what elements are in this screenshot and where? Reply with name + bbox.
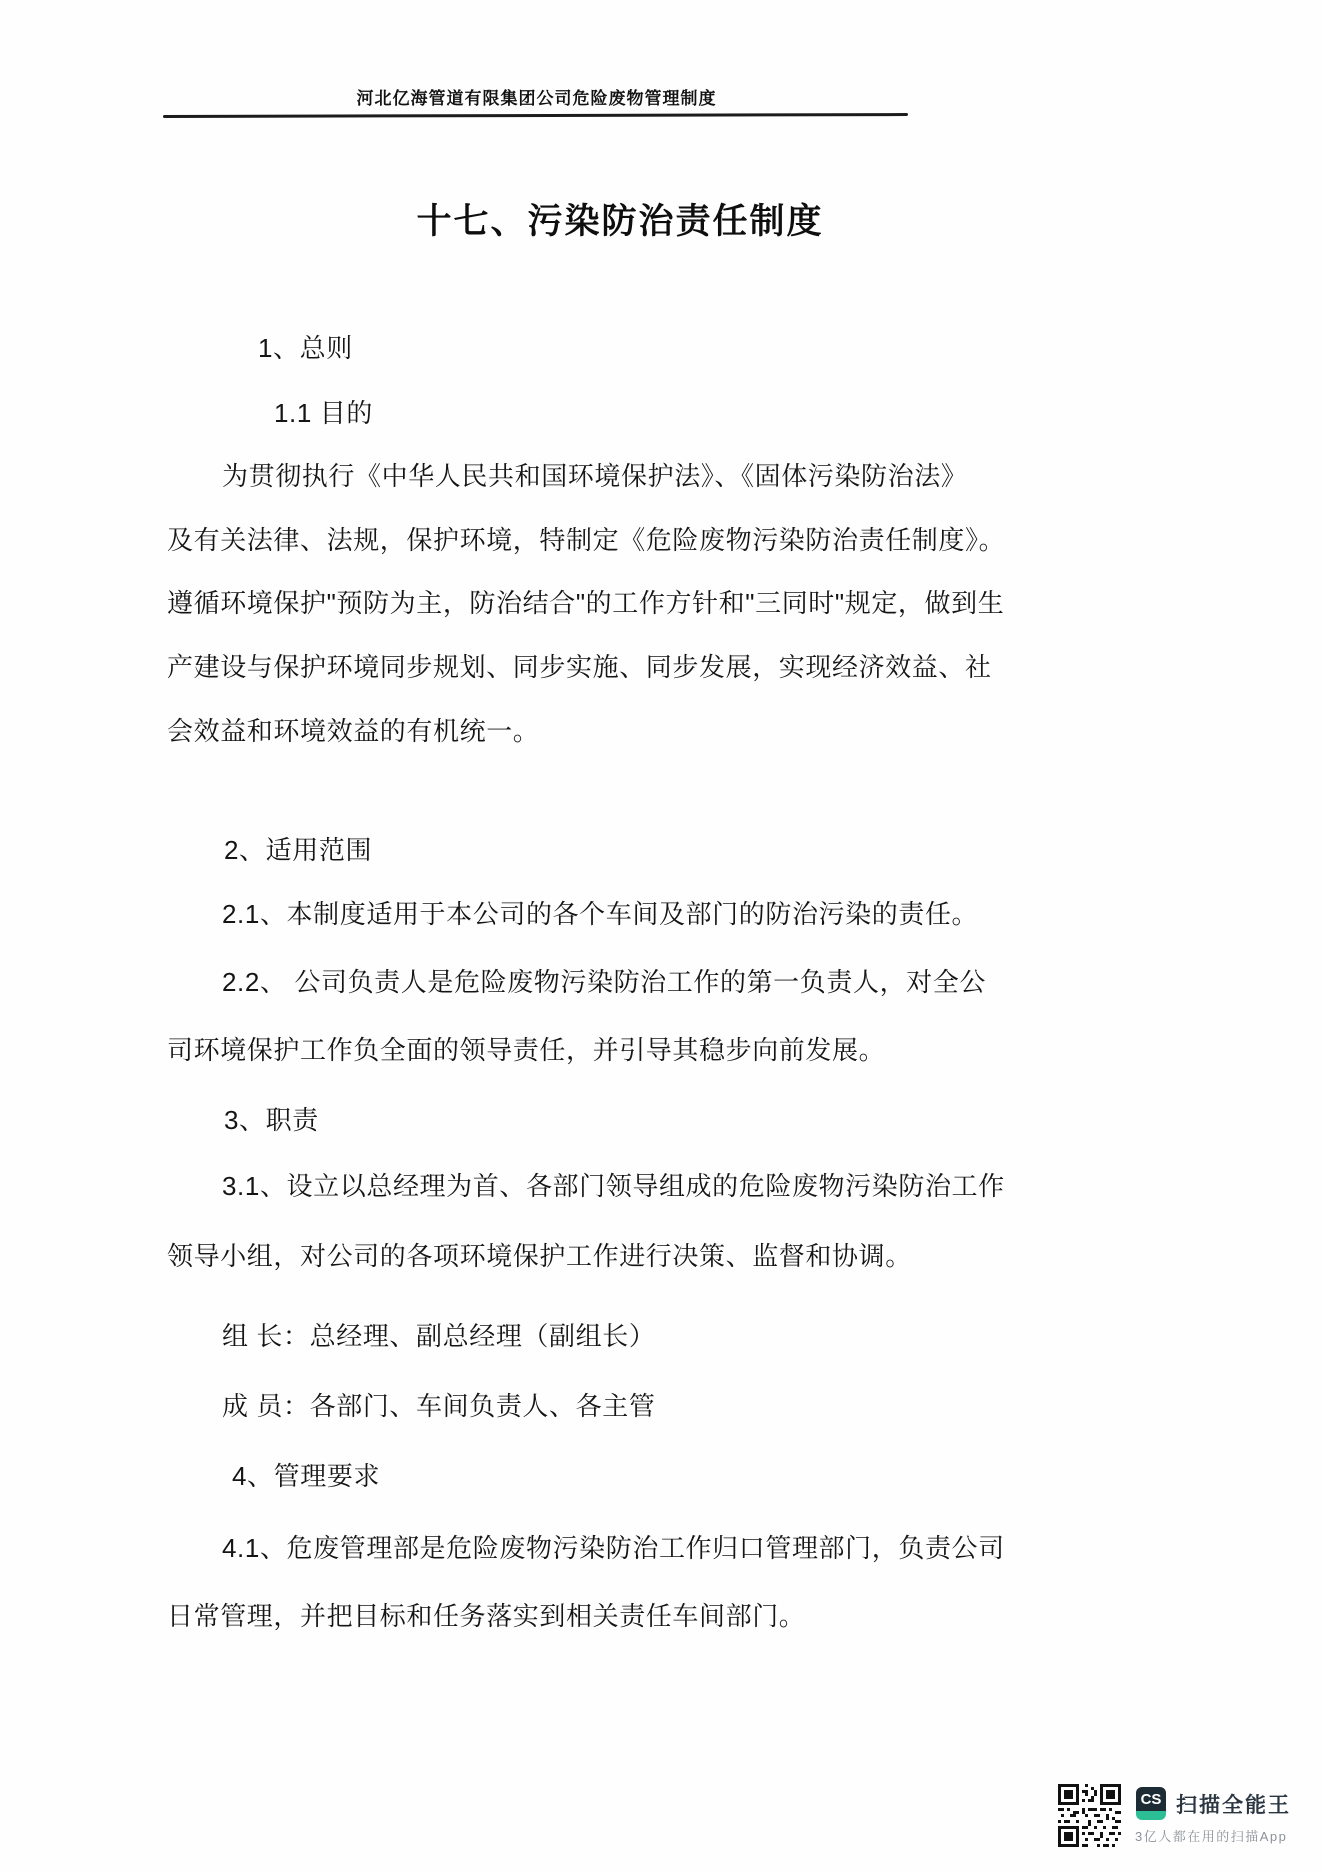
qr-code-icon: [1058, 1784, 1121, 1847]
section-4-heading: 4、管理要求: [232, 1456, 380, 1493]
header-title: 河北亿海管道有限集团公司危险废物管理制度: [168, 84, 905, 109]
paragraph-line: 领导小组，对公司的各项环境保护工作进行决策、监督和协调。: [167, 1236, 912, 1273]
paragraph-line: 3.1、设立以总经理为首、各部门领导组成的危险废物污染防治工作: [222, 1166, 1005, 1203]
paragraph-line: 4.1、危废管理部是危险废物污染防治工作归口管理部门，负责公司: [222, 1528, 1005, 1565]
paragraph-line: 及有关法律、法规，保护环境，特制定《危险废物污染防治责任制度》。: [167, 520, 1005, 557]
paragraph-line: 为贯彻执行《中华人民共和国环境保护法》、《固体污染防治法》: [222, 456, 967, 493]
header-divider: [163, 113, 908, 117]
group-leader-line: 组 长：总经理、副总经理（副组长）: [222, 1316, 655, 1353]
camscanner-app-name: 扫描全能王: [1176, 1789, 1291, 1819]
paragraph-line: 日常管理，并把目标和任务落实到相关责任车间部门。: [167, 1596, 805, 1633]
section-1-heading: 1、总则: [258, 328, 353, 365]
paragraph-line: 遵循环境保护"预防为主，防治结合"的工作方针和"三同时"规定，做到生: [167, 583, 1004, 620]
paragraph-line: 产建设与保护环境同步规划、同步实施、同步发展，实现经济效益、社: [167, 647, 992, 684]
paragraph-line: 2.2、 公司负责人是危险废物污染防治工作的第一负责人，对全公: [222, 962, 986, 999]
document-title: 十七、污染防治责任制度: [0, 194, 1240, 244]
paragraph-line: 会效益和环境效益的有机统一。: [167, 711, 539, 748]
section-2-heading: 2、适用范围: [224, 830, 372, 867]
section-1-1-heading: 1.1 目的: [274, 393, 373, 430]
scanned-document-page: 河北亿海管道有限集团公司危险废物管理制度 十七、污染防治责任制度 1、总则 1.…: [0, 0, 1322, 1871]
group-members-line: 成 员：各部门、车间负责人、各主管: [222, 1386, 655, 1423]
camscanner-tagline: 3亿人都在用的扫描App: [1135, 1826, 1287, 1845]
section-3-heading: 3、职责: [224, 1100, 319, 1137]
paragraph-line: 2.1、本制度适用于本公司的各个车间及部门的防治污染的责任。: [222, 894, 978, 931]
camscanner-logo-icon: CS: [1136, 1787, 1166, 1820]
paragraph-line: 司环境保护工作负全面的领导责任，并引导其稳步向前发展。: [167, 1030, 885, 1067]
